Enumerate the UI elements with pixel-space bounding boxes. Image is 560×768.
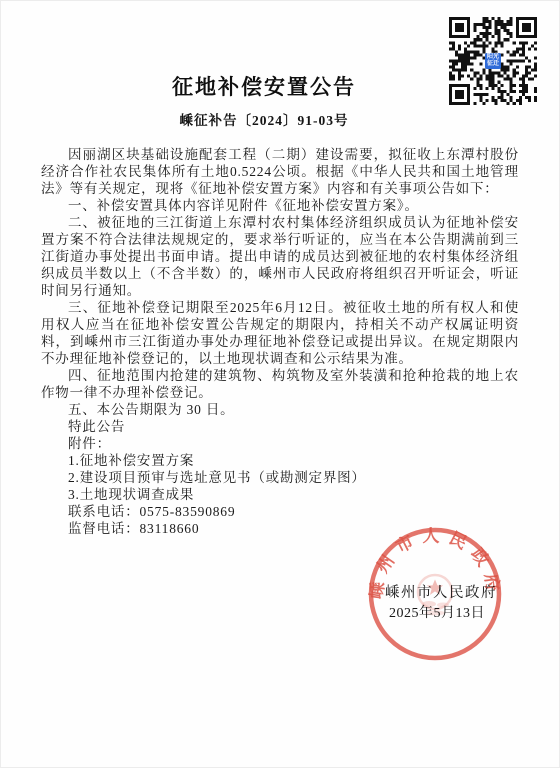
document-number: 嵊征补告〔2024〕91-03号 bbox=[1, 109, 527, 129]
paragraph-clause-4: 四、征地范围内抢建的建筑物、构筑物及室外装潢和抢种抢栽的地上农作物一律不办理补偿… bbox=[41, 367, 519, 401]
paragraph-closing: 特此公告 bbox=[41, 418, 519, 435]
page-title: 征地补偿安置公告 bbox=[1, 71, 527, 101]
signature-issuer: 嵊州市人民政府 bbox=[385, 581, 497, 602]
announcement-page: 阳光 征迁 征地补偿安置公告 嵊征补告〔2024〕91-03号 因丽湖区块基础设… bbox=[0, 0, 560, 768]
signature-date: 2025年5月13日 bbox=[389, 602, 485, 622]
attachment-item-3: 3.土地现状调查成果 bbox=[41, 486, 519, 503]
paragraph-clause-3: 三、征地补偿登记期限至2025年6月12日。被征收土地的所有权人和使用权人应当在… bbox=[41, 299, 519, 367]
attachment-item-1: 1.征地补偿安置方案 bbox=[41, 452, 519, 469]
contact-phone-line: 联系电话：0575-83590869 bbox=[41, 503, 519, 520]
attachment-item-2: 2.建设项目预审与选址意见书（或勘测定界图） bbox=[41, 469, 519, 486]
paragraph-clause-5: 五、本公告期限为 30 日。 bbox=[41, 401, 519, 418]
announcement-body: 因丽湖区块基础设施配套工程（二期）建设需要，拟征收上东潭村股份经济合作社农民集体… bbox=[41, 146, 519, 537]
paragraph-clause-1: 一、补偿安置具体内容详见附件《征地补偿安置方案》。 bbox=[41, 197, 519, 214]
qr-badge-line1: 阳光 bbox=[487, 54, 499, 61]
paragraph-intro: 因丽湖区块基础设施配套工程（二期）建设需要，拟征收上东潭村股份经济合作社农民集体… bbox=[41, 146, 519, 197]
attachments-label: 附件： bbox=[41, 435, 519, 452]
qr-center-badge: 阳光 征迁 bbox=[485, 53, 501, 69]
qr-badge-line2: 征迁 bbox=[487, 61, 499, 68]
supervision-phone-line: 监督电话：83118660 bbox=[41, 520, 519, 537]
paragraph-clause-2: 二、被征地的三江街道上东潭村农村集体经济组织成员认为征地补偿安置方案不符合法律法… bbox=[41, 214, 519, 299]
